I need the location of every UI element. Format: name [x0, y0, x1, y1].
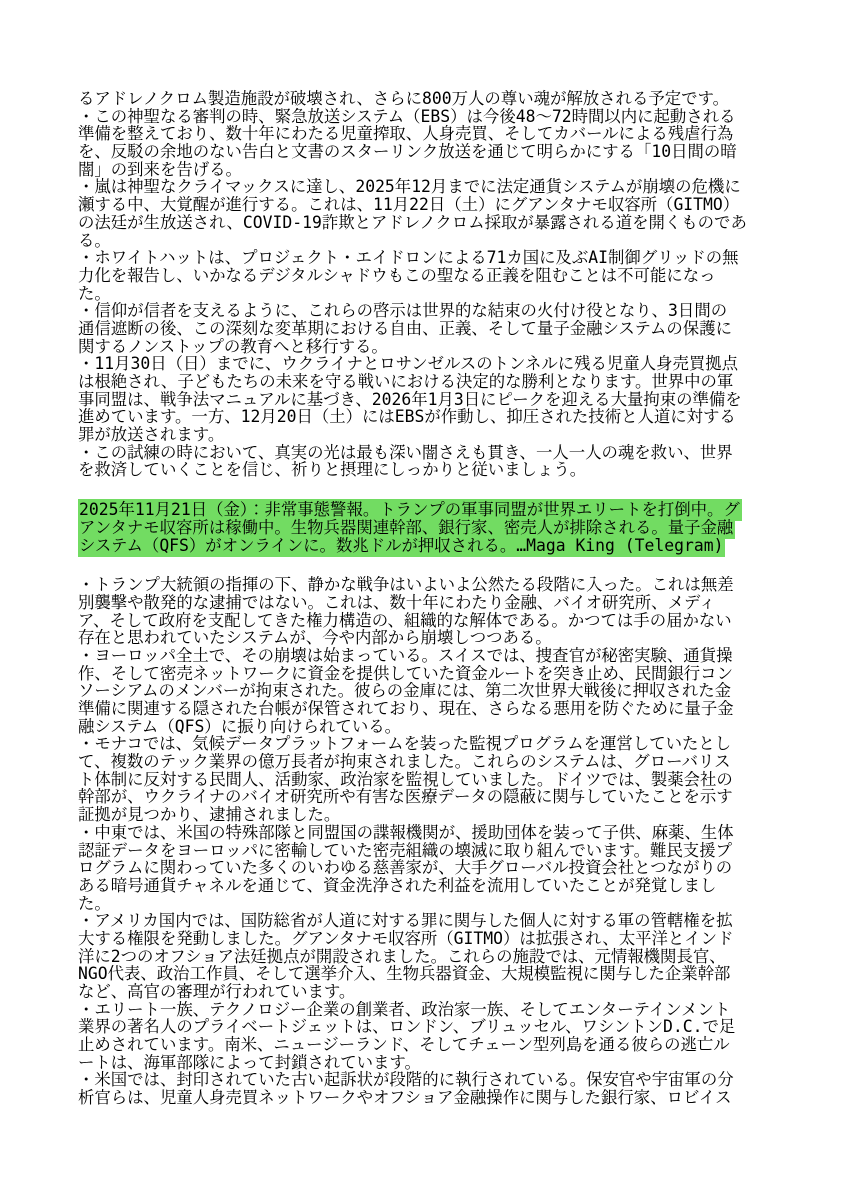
intro-text-line: 力化を報告し、いかなるデジタルシャドウもこの聖なる正義を阻むことは不可能になっ [78, 267, 820, 285]
main-text-line: 別襲撃や散発的な逮捕ではない。これは、数十年にわたり金融、バイオ研究所、メディ [78, 594, 820, 612]
highlighted-alert-line: アンタナモ収容所は稼働中。生物兵器関連幹部、銀行家、密売人が排除される。量子金融 [78, 519, 820, 537]
main-text-line: ア、そして政府を支配してきた権力構造の、組織的な解体である。かつては手の届かない [78, 612, 820, 630]
main-text-line: 融システム（QFS）に振り向けられている。 [78, 718, 820, 736]
intro-text-line: ・嵐は神聖なクライマックスに達し、2025年12月までに法定通貨システムが崩壊の… [78, 178, 820, 196]
main-text-line: 幹部が、ウクライナのバイオ研究所や有害な医療データの隠蔽に関与していたことを示す [78, 788, 820, 806]
intro-text-line: の法廷が生放送され、COVID-19詐欺とアドレノクロム採取が暴露される道を開く… [78, 214, 820, 232]
main-text-line: ートは、海軍部隊によって封鎖されています。 [78, 1054, 820, 1072]
intro-text-line: 事同盟は、戦争法マニュアルに基づき、2026年1月3日にピークを迎える大量拘束の… [78, 391, 820, 409]
highlighted-alert-line: システム（QFS）がオンラインに。数兆ドルが押収される。…Maga King (… [78, 537, 820, 555]
main-text-line: ・モナコでは、気候データプラットフォームを装った監視プログラムを運営していたとし [78, 735, 820, 753]
paragraph-main: ・トランプ大統領の指揮の下、静かな戦争はいよいよ公然たる段階に入った。これは無差… [78, 576, 820, 1107]
main-text-line: ソーシアムのメンバーが拘束された。彼らの金庫には、第二次世界大戦後に押収された金 [78, 682, 820, 700]
main-text-line: て、複数のテック業界の億万長者が拘束されました。これらのシステムは、グローバリス [78, 753, 820, 771]
intro-text-line: 進めています。一方、12月20日（土）にはEBSが作動し、抑圧された技術と人道に… [78, 408, 820, 426]
intro-text-line: は根絶され、子どもたちの未来を守る戦いにおける決定的な勝利となります。世界中の軍 [78, 373, 820, 391]
intro-text-line: 罪が放送されます。 [78, 426, 820, 444]
main-text-line: 止めされています。南米、ニュージーランド、そしてチェーン型列島を通る彼らの逃亡ル [78, 1036, 820, 1054]
main-text-line: ト体制に反対する民間人、活動家、政治家を監視していました。ドイツでは、製薬会社の [78, 771, 820, 789]
document-body: るアドレノクロム製造施設が破壊され、さらに800万人の尊い魂が解放される予定です… [78, 90, 820, 1107]
paragraph-intro: るアドレノクロム製造施設が破壊され、さらに800万人の尊い魂が解放される予定です… [78, 90, 820, 479]
intro-text-line: を、反駁の余地のない告白と文書のスターリンク放送を通じて明らかにする「10日間の… [78, 143, 820, 161]
intro-text-line: ・この試練の時において、真実の光は最も深い闇さえも貫き、一人一人の魂を救い、世界 [78, 444, 820, 462]
main-text-line: ・中東では、米国の特殊部隊と同盟国の諜報機関が、援助団体を装って子供、麻薬、生体 [78, 824, 820, 842]
main-text-line: 析官らは、児童人身売買ネットワークやオフショア金融操作に関与した銀行家、ロビイス [78, 1089, 820, 1107]
main-text-line: 存在と思われていたシステムが、今や内部から崩壊しつつある。 [78, 629, 820, 647]
main-text-line: た。 [78, 895, 820, 913]
intro-text-line: を救済していくことを信じ、祈りと摂理にしっかりと従いましょう。 [78, 461, 820, 479]
intro-text-line: 瀬する中、大覚醒が進行する。これは、11月22日（土）にグアンタナモ収容所（GI… [78, 196, 820, 214]
main-text-line: ある暗号通貨チャネルを通じて、資金洗浄された利益を流用していたことが発覚しまし [78, 877, 820, 895]
intro-text-line: ・11月30日（日）までに、ウクライナとロサンゼルスのトンネルに残る児童人身売買… [78, 355, 820, 373]
intro-text-line: 闇」の到来を告げる。 [78, 161, 820, 179]
main-text-line: 業界の著名人のプライベートジェットは、ロンドン、ブリュッセル、ワシントンD.C.… [78, 1018, 820, 1036]
main-text-line: 準備に関連する隠された台帳が保管されており、現在、さらなる悪用を防ぐために量子金 [78, 700, 820, 718]
main-text-line: 証拠が見つかり、逮捕されました。 [78, 806, 820, 824]
main-text-line: ・アメリカ国内では、国防総省が人道に対する罪に関与した個人に対する軍の管轄権を拡 [78, 912, 820, 930]
main-text-line: 洋に2つのオフショア法廷拠点が開設されました。これらの施設では、元情報機関長官、 [78, 948, 820, 966]
main-text-line: ・ヨーロッパ全土で、その崩壊は始まっている。スイスでは、捜査官が秘密実験、通貨操 [78, 647, 820, 665]
main-text-line: ・トランプ大統領の指揮の下、静かな戦争はいよいよ公然たる段階に入った。これは無差 [78, 576, 820, 594]
intro-text-line: る。 [78, 232, 820, 250]
main-text-line: NGO代表、政治工作員、そして選挙介入、生物兵器資金、大規模監視に関与した企業幹… [78, 965, 820, 983]
intro-text-line: るアドレノクロム製造施設が破壊され、さらに800万人の尊い魂が解放される予定です… [78, 90, 820, 108]
document-page: るアドレノクロム製造施設が破壊され、さらに800万人の尊い魂が解放される予定です… [0, 0, 848, 1200]
emergency-alert-highlight: 2025年11月21日（金）：非常事態警報。トランプの軍事同盟が世界エリートを打… [78, 501, 820, 554]
intro-text-line: 準備を整えており、数十年にわたる児童搾取、人身売買、そしてカバールによる残虐行為 [78, 125, 820, 143]
main-text-line: など、高官の審理が行われています。 [78, 983, 820, 1001]
intro-text-line: ・信仰が信者を支えるように、これらの啓示は世界的な結束の火付け役となり、3日間の [78, 302, 820, 320]
intro-text-line: 関するノンストップの教育へと移行する。 [78, 338, 820, 356]
main-text-line: ・米国では、封印されていた古い起訴状が段階的に執行されている。保安官や宇宙軍の分 [78, 1071, 820, 1089]
main-text-line: 認証データをヨーロッパに密輸していた密売組織の壊滅に取り組んでいます。難民支援プ [78, 842, 820, 860]
main-text-line: 作、そして密売ネットワークに資金を提供していた資金ルートを突き止め、民間銀行コン [78, 665, 820, 683]
intro-text-line: た。 [78, 285, 820, 303]
main-text-line: ・エリート一族、テクノロジー企業の創業者、政治家一族、そしてエンターテインメント [78, 1001, 820, 1019]
intro-text-line: 通信遮断の後、この深刻な変革期における自由、正義、そして量子金融システムの保護に [78, 320, 820, 338]
main-text-line: ログラムに関わっていた多くのいわゆる慈善家が、大手グローバル投資会社とつながりの [78, 859, 820, 877]
main-text-line: 大する権限を発動しました。グアンタナモ収容所（GITMO）は拡張され、太平洋とイ… [78, 930, 820, 948]
intro-text-line: ・この神聖なる審判の時、緊急放送システム（EBS）は今後48～72時間以内に起動… [78, 108, 820, 126]
intro-text-line: ・ホワイトハットは、プロジェクト・エイドロンによる71カ国に及ぶAI制御グリッド… [78, 249, 820, 267]
highlight-marker: システム（QFS）がオンラインに。数兆ドルが押収される。…Maga King (… [78, 535, 725, 557]
